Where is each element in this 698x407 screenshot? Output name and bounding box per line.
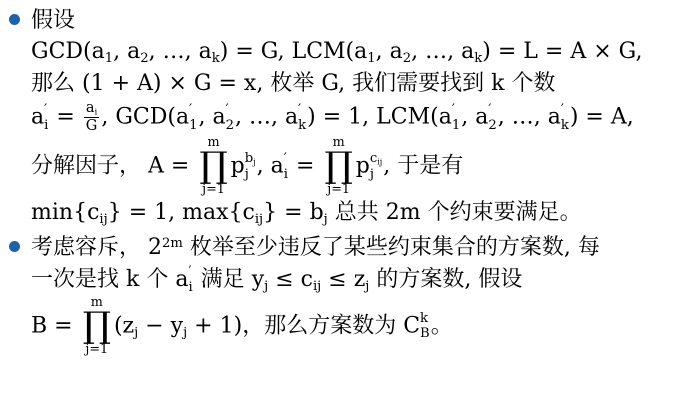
math-variable: ij xyxy=(99,212,107,227)
supsub-stack: ′i xyxy=(188,265,192,293)
math-text: 个约束要满足。 xyxy=(428,200,582,225)
math-variable: A xyxy=(570,39,586,64)
math-text: a xyxy=(213,105,226,130)
text-run: 一次是找 xyxy=(31,267,126,292)
math-text: = xyxy=(47,313,79,338)
math-text: L xyxy=(523,39,538,64)
math-text: ′ xyxy=(188,264,191,279)
math-variable: a xyxy=(92,39,105,64)
math-text: a xyxy=(548,105,561,130)
math-text: B xyxy=(420,326,430,341)
math-variable: B xyxy=(420,326,430,341)
math-text: ′ xyxy=(226,102,229,117)
math-text: ≤ xyxy=(321,267,353,292)
math-text: a xyxy=(31,105,44,130)
math-text: a xyxy=(175,267,188,292)
product-operator: m∏j=1 xyxy=(324,136,352,197)
math-variable: L xyxy=(523,39,538,64)
subscript: i xyxy=(188,281,192,294)
math-variable: k xyxy=(212,51,220,66)
math-line: B = m∏j=1(zj − yj + 1)，那么方案数为 CkB。 xyxy=(31,296,696,357)
math-text: 个 xyxy=(139,267,175,292)
subscript: 1 xyxy=(189,119,197,132)
subscript: j xyxy=(245,168,249,181)
supsub-stack: ′i xyxy=(44,103,48,131)
math-text: = xyxy=(164,154,196,179)
math-text: a xyxy=(461,39,474,64)
math-text: 2 xyxy=(148,235,162,260)
math-text: , xyxy=(113,39,127,64)
math-variable: i xyxy=(284,167,288,182)
math-text: 那么 xyxy=(31,71,82,96)
math-text: k xyxy=(561,118,569,133)
math-text: } = xyxy=(263,200,309,225)
math-text: , xyxy=(627,105,634,130)
product-symbol: ∏ xyxy=(324,150,352,183)
subscript: k xyxy=(212,51,220,66)
math-text: =1 xyxy=(89,342,108,357)
math-text: 2 xyxy=(226,118,234,133)
bullet-content: 假设GCD(a1, a2, …, ak) = G, LCM(a1, a2, …,… xyxy=(31,5,696,229)
math-text xyxy=(183,235,190,260)
math-text: b xyxy=(310,200,324,225)
math-text xyxy=(328,200,335,225)
math-text: 满足 xyxy=(194,267,252,292)
math-text: , …, xyxy=(235,105,285,130)
text-run: 的方案数, 假设 xyxy=(369,267,522,292)
math-text: ′ xyxy=(284,151,287,166)
math-text: 1 xyxy=(189,118,197,133)
math-variable: G xyxy=(86,118,98,134)
math-text: − xyxy=(138,313,170,338)
math-text: , xyxy=(199,105,213,130)
bullet-item: 考虑容斥， 22m 枚举至少违反了某些约束集合的方案数, 每一次是找 k 个 a… xyxy=(6,232,696,358)
superscript: 2m xyxy=(162,236,183,251)
subscript: 1 xyxy=(452,119,460,132)
subscript: 2 xyxy=(403,51,411,66)
math-variable: x xyxy=(244,71,256,96)
math-variable: j xyxy=(245,167,249,182)
subscript: 1 xyxy=(105,51,113,66)
math-variable: j xyxy=(253,157,255,166)
superscript: ′ xyxy=(44,103,47,116)
math-variable: a xyxy=(213,105,226,130)
math-text: ′ xyxy=(189,102,192,117)
supsub-stack: bjj xyxy=(245,152,256,182)
math-variable: a xyxy=(354,39,367,64)
math-line: a′i = aiG, GCD(a′1, a′2, …, a′k) = 1, LC… xyxy=(31,100,696,135)
math-text: G xyxy=(261,39,278,64)
math-text: p xyxy=(231,154,245,179)
math-variable: j xyxy=(370,167,374,182)
math-line: 假设 xyxy=(31,6,696,36)
math-text: ) = xyxy=(220,39,261,64)
math-text: ′ xyxy=(561,102,564,117)
text-run: 分解因子， xyxy=(31,154,148,179)
product-lower-limit: j=1 xyxy=(85,343,108,357)
fraction: aiG xyxy=(84,100,100,135)
math-text: ij xyxy=(255,212,263,227)
fraction-numerator: ai xyxy=(84,100,99,118)
math-text: 1 xyxy=(452,118,460,133)
math-text: 2 xyxy=(488,118,496,133)
math-variable: p xyxy=(356,154,370,179)
math-text: a xyxy=(127,39,140,64)
math-variable: k xyxy=(298,118,306,133)
subscript: 2 xyxy=(226,119,234,132)
math-text: , xyxy=(383,154,397,179)
math-variable: b xyxy=(245,151,253,166)
supsub-stack: ′2 xyxy=(226,103,234,131)
math-text: j xyxy=(253,157,255,166)
math-text: , xyxy=(376,39,390,64)
math-text: min{ xyxy=(31,200,87,225)
bullet-icon xyxy=(9,14,20,25)
math-variable: y xyxy=(252,267,264,292)
superscript: ′ xyxy=(188,265,191,278)
subscript: B xyxy=(420,327,430,340)
math-text: ij xyxy=(377,157,382,166)
subscript: ij xyxy=(99,212,107,227)
math-variable: k xyxy=(126,267,139,292)
bullet-content: 考虑容斥， 22m 枚举至少违反了某些约束集合的方案数, 每一次是找 k 个 a… xyxy=(31,232,696,358)
math-text: a xyxy=(475,105,488,130)
math-text: a xyxy=(390,39,403,64)
math-text: ′ xyxy=(452,102,455,117)
math-variable: c xyxy=(243,200,255,225)
math-text: A xyxy=(148,154,164,179)
supsub-stack: kB xyxy=(420,312,430,340)
text-run: 个约束要满足。 xyxy=(428,200,582,225)
math-variable: a xyxy=(285,105,298,130)
math-variable: G xyxy=(194,71,212,96)
subscript: 2 xyxy=(488,119,496,132)
math-text: A xyxy=(611,105,627,130)
math-text: (1 + xyxy=(82,71,137,96)
math-text: 的方案数, 假设 xyxy=(369,267,522,292)
product-symbol: ∏ xyxy=(199,150,227,183)
math-text: , …, xyxy=(498,105,548,130)
math-variable: m xyxy=(400,200,421,225)
subscript: ij xyxy=(255,212,263,227)
math-variable: a xyxy=(127,39,140,64)
math-text: =1 xyxy=(206,182,225,197)
product-operator: m∏j=1 xyxy=(199,136,227,197)
math-text: 于是有 xyxy=(397,154,463,179)
math-variable: b xyxy=(310,200,324,225)
superscript: ′ xyxy=(488,103,491,116)
text-run: ，那么方案数为 xyxy=(242,313,403,338)
subscript: k xyxy=(561,119,569,132)
text-run: 总共 xyxy=(335,200,386,225)
math-text: 总共 xyxy=(335,200,386,225)
math-text: 2 xyxy=(386,200,400,225)
math-text: y xyxy=(252,267,264,292)
subscript: ij xyxy=(377,157,382,166)
superscript: ′ xyxy=(284,152,287,165)
math-text: 1 xyxy=(367,51,375,66)
math-text: a xyxy=(86,100,95,116)
math-text: a xyxy=(176,105,189,130)
math-variable: G xyxy=(619,39,636,64)
math-variable: i xyxy=(188,280,192,295)
math-line: 考虑容斥， 22m 枚举至少违反了某些约束集合的方案数, 每 xyxy=(31,233,696,263)
math-variable: k xyxy=(561,118,569,133)
math-text: , xyxy=(256,71,270,96)
math-text: a xyxy=(199,39,212,64)
subscript: i xyxy=(44,119,48,132)
superscript: bj xyxy=(245,152,256,166)
math-text: 2 xyxy=(403,51,411,66)
math-text: b xyxy=(245,151,253,166)
math-text xyxy=(421,200,428,225)
math-text: GCD( xyxy=(31,39,92,64)
math-text: G xyxy=(86,118,98,134)
math-text: ) = 1, LCM( xyxy=(307,105,439,130)
text-run: 枚举至少违反了某些约束集合的方案数, 每 xyxy=(190,235,600,260)
math-text: 一次是找 xyxy=(31,267,126,292)
math-variable: a xyxy=(271,154,284,179)
math-variable: i xyxy=(44,118,48,133)
math-text: G xyxy=(194,71,212,96)
math-variable: m xyxy=(170,236,183,251)
math-text: m xyxy=(400,200,421,225)
math-variable: i xyxy=(95,108,98,118)
math-text: C xyxy=(403,313,420,338)
math-text: j xyxy=(370,167,374,182)
math-text: p xyxy=(356,154,370,179)
math-text: c xyxy=(87,200,99,225)
subscript: 2 xyxy=(140,51,148,66)
math-text: ) × xyxy=(153,71,194,96)
math-text: 分解因子， xyxy=(31,154,148,179)
subscript: 1 xyxy=(367,51,375,66)
superscript: ′ xyxy=(226,103,229,116)
math-variable: a xyxy=(439,105,452,130)
text-run: 那么 xyxy=(31,71,82,96)
supsub-stack: ′1 xyxy=(189,103,197,131)
math-text: ，那么方案数为 xyxy=(242,313,403,338)
subscript: i xyxy=(95,108,98,118)
math-text: a xyxy=(285,105,298,130)
solution-document: 假设GCD(a1, a2, …, ak) = G, LCM(a1, a2, …,… xyxy=(0,0,698,358)
math-variable: c xyxy=(301,267,313,292)
text-run: 满足 xyxy=(194,267,252,292)
math-text: , xyxy=(257,154,271,179)
superscript: cij xyxy=(370,152,382,166)
product-operator: m∏j=1 xyxy=(83,296,111,357)
math-text: , …, xyxy=(411,39,461,64)
supsub-stack: ′k xyxy=(561,103,569,131)
math-text: , xyxy=(635,39,642,64)
math-text: 假设 xyxy=(31,8,75,33)
math-text: ′ xyxy=(488,102,491,117)
math-text: , xyxy=(461,105,475,130)
math-variable: G xyxy=(261,39,278,64)
math-variable: z xyxy=(354,267,366,292)
supsub-stack: ′i xyxy=(284,152,288,180)
math-text: a xyxy=(354,39,367,64)
product-symbol: ∏ xyxy=(83,310,111,343)
text-run: 假设 xyxy=(31,8,75,33)
math-variable: B xyxy=(31,313,47,338)
math-text: 枚举 G, 我们需要找到 k 个数 xyxy=(270,71,555,96)
math-text: = xyxy=(289,154,321,179)
subscript: j xyxy=(253,157,255,166)
math-text: 枚举至少违反了某些约束集合的方案数, 每 xyxy=(190,235,600,260)
math-line: min{cij} = 1, max{cij} = bj 总共 2m 个约束要满足… xyxy=(31,198,696,228)
math-variable: A xyxy=(148,154,164,179)
text-run: 个 xyxy=(139,267,175,292)
math-text: = xyxy=(49,105,81,130)
math-variable: a xyxy=(475,105,488,130)
math-text: = xyxy=(211,71,243,96)
math-text: j xyxy=(245,167,249,182)
math-text: =1 xyxy=(331,182,350,197)
math-variable: a xyxy=(461,39,474,64)
supsub-stack: ′k xyxy=(298,103,306,131)
math-variable: p xyxy=(231,154,245,179)
math-text: c xyxy=(243,200,255,225)
math-text: ij xyxy=(99,212,107,227)
math-variable: a xyxy=(31,105,44,130)
math-text: G xyxy=(619,39,636,64)
fraction-denominator: G xyxy=(84,118,100,135)
math-variable: a xyxy=(390,39,403,64)
product-lower-limit: j=1 xyxy=(327,183,350,197)
math-text: m xyxy=(170,236,183,251)
math-variable: ij xyxy=(377,157,382,166)
math-text: 1 xyxy=(105,51,113,66)
math-text: i xyxy=(188,280,192,295)
supsub-stack: ′1 xyxy=(452,103,460,131)
math-variable: A xyxy=(137,71,153,96)
subscript: i xyxy=(284,168,288,181)
bullet-item: 假设GCD(a1, a2, …, ak) = G, LCM(a1, a2, …,… xyxy=(6,5,696,229)
math-text: ≤ xyxy=(268,267,300,292)
math-text: A xyxy=(137,71,153,96)
math-text: ) = xyxy=(482,39,523,64)
superscript: ′ xyxy=(298,103,301,116)
math-variable: C xyxy=(403,313,420,338)
math-text: + 1) xyxy=(187,313,242,338)
math-variable: a xyxy=(548,105,561,130)
supsub-stack: cijj xyxy=(370,152,382,182)
math-variable: a xyxy=(175,267,188,292)
math-text: i xyxy=(44,118,48,133)
superscript: k xyxy=(420,312,428,325)
math-variable: y xyxy=(171,313,183,338)
product-lower-limit: j=1 xyxy=(202,183,225,197)
subscript: j xyxy=(370,168,374,181)
math-text: i xyxy=(95,108,98,118)
math-text: z xyxy=(354,267,366,292)
superscript: ′ xyxy=(189,103,192,116)
math-variable: a xyxy=(86,100,95,116)
supsub-stack: ′2 xyxy=(488,103,496,131)
math-variable: ij xyxy=(255,212,263,227)
math-text: k xyxy=(126,267,139,292)
math-line: 一次是找 k 个 a′i 满足 yj ≤ cij ≤ zj 的方案数, 假设 xyxy=(31,265,696,295)
math-text: 。 xyxy=(431,313,453,338)
superscript: ′ xyxy=(452,103,455,116)
math-text: k xyxy=(298,118,306,133)
math-text: = xyxy=(538,39,570,64)
math-variable: a xyxy=(199,39,212,64)
math-line: GCD(a1, a2, …, ak) = G, LCM(a1, a2, …, a… xyxy=(31,37,696,67)
math-text: , GCD( xyxy=(101,105,176,130)
math-text: ′ xyxy=(44,102,47,117)
math-line: 分解因子， A = m∏j=1pbjj, a′i = m∏j=1pcijj, 于… xyxy=(31,136,696,197)
math-variable: z xyxy=(123,313,135,338)
math-text: k xyxy=(212,51,220,66)
math-text: y xyxy=(171,313,183,338)
math-text: B xyxy=(31,313,47,338)
math-text: k xyxy=(420,311,428,326)
text-run: 于是有 xyxy=(397,154,463,179)
math-text: i xyxy=(284,167,288,182)
math-text: c xyxy=(301,267,313,292)
math-text: z xyxy=(123,313,135,338)
math-line: 那么 (1 + A) × G = x, 枚举 G, 我们需要找到 k 个数 xyxy=(31,69,696,99)
math-text: x xyxy=(244,71,256,96)
math-text: ′ xyxy=(298,102,301,117)
math-text: a xyxy=(439,105,452,130)
math-text: , …, xyxy=(149,39,199,64)
math-text: A xyxy=(570,39,586,64)
math-text: 考虑容斥， xyxy=(31,235,148,260)
math-text: a xyxy=(92,39,105,64)
math-variable: k xyxy=(420,311,428,326)
math-text: × xyxy=(586,39,618,64)
math-text: ( xyxy=(114,313,123,338)
math-text: 2 xyxy=(140,51,148,66)
bullet-icon xyxy=(9,241,20,252)
text-run: 。 xyxy=(431,313,453,338)
bullet-list: 假设GCD(a1, a2, …, ak) = G, LCM(a1, a2, …,… xyxy=(6,5,696,358)
text-run: 考虑容斥， xyxy=(31,235,148,260)
math-text: ) = xyxy=(570,105,611,130)
math-variable: a xyxy=(176,105,189,130)
math-variable: A xyxy=(611,105,627,130)
subscript: k xyxy=(298,119,306,132)
math-text: , LCM( xyxy=(278,39,355,64)
superscript: ′ xyxy=(561,103,564,116)
math-text: } = 1, max{ xyxy=(108,200,243,225)
text-run: 枚举 G, 我们需要找到 k 个数 xyxy=(270,71,555,96)
math-text: a xyxy=(271,154,284,179)
math-variable: c xyxy=(87,200,99,225)
